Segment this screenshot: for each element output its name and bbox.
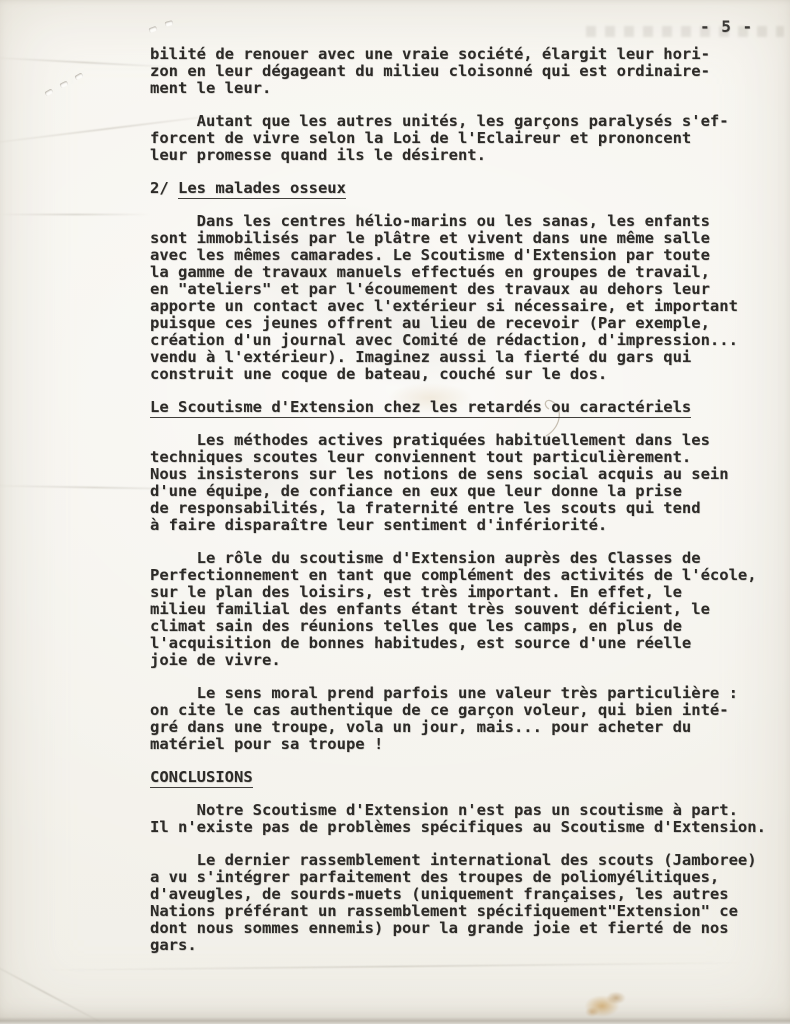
text-line: zon en leur dégageant du milieu cloisonn… bbox=[150, 63, 780, 80]
text-line: matériel pour sa troupe ! bbox=[150, 736, 780, 753]
paper-indentation bbox=[44, 88, 53, 96]
text-line: leur promesse quand ils le désirent. bbox=[150, 147, 780, 164]
paper-indentation bbox=[148, 26, 157, 33]
text-line: Le rôle du scoutisme d'Extension auprès … bbox=[150, 550, 780, 567]
text-line: gré dans une troupe, vola un jour, mais.… bbox=[150, 719, 780, 736]
paragraph: Le rôle du scoutisme d'Extension auprès … bbox=[150, 550, 780, 669]
heading-text: Les malades osseux bbox=[178, 179, 346, 199]
text-line: la gamme de travaux manuels effectués en… bbox=[150, 264, 780, 281]
heading-text: CONCLUSIONS bbox=[150, 768, 253, 788]
page-number: - 5 - bbox=[700, 18, 753, 36]
heading-number: 2/ bbox=[150, 179, 178, 197]
text-line: bilité de renouer avec une vraie société… bbox=[150, 46, 780, 63]
text-line: création d'un journal avec Comité de réd… bbox=[150, 332, 780, 349]
paragraph: Notre Scoutisme d'Extension n'est pas un… bbox=[150, 802, 780, 836]
section-heading-conclusions: CONCLUSIONS bbox=[150, 769, 780, 786]
text-line: avec les mêmes camarades. Le Scoutisme d… bbox=[150, 247, 780, 264]
text-line: Nous insisterons sur les notions de sens… bbox=[150, 466, 780, 483]
text-line: a vu s'intégrer parfaitement des troupes… bbox=[150, 869, 780, 886]
text-line: Notre Scoutisme d'Extension n'est pas un… bbox=[150, 802, 780, 819]
ghost-ink-marks bbox=[586, 26, 784, 37]
text-line: sont immobilisés par le plâtre et vivent… bbox=[150, 230, 780, 247]
section-heading-scoutisme-retardes: Le Scoutisme d'Extension chez les retard… bbox=[150, 399, 780, 416]
text-line: climat sain des réunions telles que les … bbox=[150, 618, 780, 635]
document-body: bilité de renouer avec une vraie société… bbox=[150, 46, 780, 970]
text-line: l'acquisition de bonnes habitudes, est s… bbox=[150, 635, 780, 652]
text-line: construit une coque de bateau, couché su… bbox=[150, 366, 780, 383]
paragraph: Les méthodes actives pratiquées habituel… bbox=[150, 432, 780, 534]
text-line: gars. bbox=[150, 937, 780, 954]
text-line: on cite le cas authentique de ce garçon … bbox=[150, 702, 780, 719]
paragraph: Dans les centres hélio-marins ou les san… bbox=[150, 213, 780, 383]
scanned-document-page: - 5 - bilité de renouer avec une vraie s… bbox=[0, 0, 790, 1024]
text-line: à faire disparaître leur sentiment d'inf… bbox=[150, 517, 780, 534]
text-line: de responsabilités, la fraternité entre … bbox=[150, 500, 780, 517]
paragraph: bilité de renouer avec une vraie société… bbox=[150, 46, 780, 97]
text-line: apporte un contact avec l'extérieur si n… bbox=[150, 298, 780, 315]
text-line: Le sens moral prend parfois une valeur t… bbox=[150, 685, 780, 702]
paragraph: Autant que les autres unités, les garçon… bbox=[150, 113, 780, 164]
paper-indentation bbox=[164, 20, 173, 27]
text-line: ment le leur. bbox=[150, 80, 780, 97]
text-line: Perfectionnement en tant que complément … bbox=[150, 567, 780, 584]
section-heading-les-malades-osseux: 2/ Les malades osseux bbox=[150, 180, 780, 197]
paper-indentation bbox=[74, 72, 83, 80]
text-line: sur le plan des loisirs, est très import… bbox=[150, 584, 780, 601]
paper-crease bbox=[0, 957, 111, 1024]
paragraph: Le dernier rassemblement international d… bbox=[150, 852, 780, 954]
text-line: puisque ces jeunes offrent au lieu de re… bbox=[150, 315, 780, 332]
paper-indentation bbox=[59, 81, 68, 89]
heading-text: Le Scoutisme d'Extension chez les retard… bbox=[150, 398, 691, 418]
paper-crease bbox=[0, 214, 150, 215]
text-line: Nations préférant un rassemblement spéci… bbox=[150, 903, 780, 920]
paper-bottom-edge bbox=[0, 1017, 790, 1024]
text-line: Autant que les autres unités, les garçon… bbox=[150, 113, 780, 130]
text-line: Dans les centres hélio-marins ou les san… bbox=[150, 213, 780, 230]
text-line: joie de vivre. bbox=[150, 652, 780, 669]
text-line: techniques scoutes leur conviennent tout… bbox=[150, 449, 780, 466]
text-line: Il n'existe pas de problèmes spécifiques… bbox=[150, 819, 780, 836]
text-line: d'aveugles, de sourds-muets (uniquement … bbox=[150, 886, 780, 903]
text-line: vendu à l'extérieur). Imaginez aussi la … bbox=[150, 349, 780, 366]
text-line: d'une équipe, de confiance en eux que le… bbox=[150, 483, 780, 500]
stain-blob bbox=[572, 986, 636, 1020]
text-line: milieu familial des enfants étant très s… bbox=[150, 601, 780, 618]
text-line: dont nous sommes ennemis) pour la grande… bbox=[150, 920, 780, 937]
text-line: en "ateliers" et par l'écoumement des tr… bbox=[150, 281, 780, 298]
text-line: Les méthodes actives pratiquées habituel… bbox=[150, 432, 780, 449]
text-line: forcent de vivre selon la Loi de l'Eclai… bbox=[150, 130, 780, 147]
paragraph: Le sens moral prend parfois une valeur t… bbox=[150, 685, 780, 753]
text-line: Le dernier rassemblement international d… bbox=[150, 852, 780, 869]
